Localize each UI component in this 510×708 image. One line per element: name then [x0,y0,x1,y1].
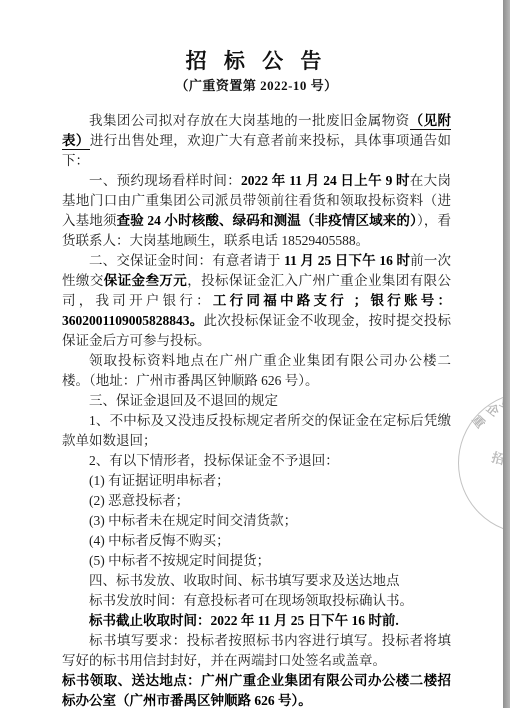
scan-edge-shadow [503,0,510,708]
text-run: 标书发放时间：有意投标者可在现场领取投标确认书。 [89,593,413,608]
bid-deadline-line: 标书截止收取时间：2022 年 11 月 25 日下午 16 时前. [89,613,399,628]
company-seal: 企 业 重 招 [458,392,503,534]
deposit-deadline: 11 月 25 日下午 16 时 [281,253,411,268]
paragraph-materials-address: 领取投标资料地点在广州广重企业集团有限公司办公楼二楼。（地址：广州市番禺区钟顺路… [62,351,451,391]
document-content: 招 标 公 告 （广重资置第 2022-10 号） 我集团公司拟对存放在大岗基地… [62,46,451,708]
list-item-4: (4) 中标者反悔不购买； [62,531,451,551]
text-run: 四、标书发放、收取时间、标书填写要求及送达地点 [89,573,400,588]
paragraph-section-3-heading: 三、保证金退回及不退回的规定 [62,391,451,411]
seal-inner-char: 招 [490,447,503,469]
page-title: 招 标 公 告 [62,46,451,76]
text-run: (1) 有证据证明串标者； [89,473,230,488]
paragraph-refund-rule-2: 2、有以下情形者，投标保证金不予退回： [62,451,451,471]
paragraph-section-1: 一、预约现场看样时间：2022 年 11 月 24 日上午 9 时在大岗基地门口… [62,171,451,251]
text-run: 进行出售处理，欢迎广大有意者前来投标，具体事项通告如下： [62,133,451,168]
paragraph-refund-rule-1: 1、不中标及又没违反投标规定者所交的保证金在定标后凭缴款单如数退回； [62,411,451,451]
page-number: 1 [0,677,503,689]
sample-view-datetime: 2022 年 11 月 24 日上午 9 时 [241,173,410,188]
text-run: 我集团公司拟对存放在大岗基地的一批废旧金属物资 [89,113,410,128]
text-run: 一、预约现场看样时间： [89,173,241,188]
seal-arc-char: 重 [469,412,490,432]
paragraph-section-2: 二、交保证金时间：有意者请于 11 月 25 日下午 16 时前一次性缴交保证金… [62,251,451,351]
paragraph-bid-deadline: 标书截止收取时间：2022 年 11 月 25 日下午 16 时前. [62,611,451,631]
paragraph-bid-fill-requirements: 标书填写要求：投标者按照标书内容进行填写。投标者将填写好的标书用信封封好，并在两… [62,631,451,671]
document-body: 我集团公司拟对存放在大岗基地的一批废旧金属物资（见附表）进行出售处理，欢迎广大有… [62,111,451,708]
deposit-amount: 保证金叁万元 [104,273,187,288]
list-item-2: (2) 恶意投标者； [62,491,451,511]
text-run: 二、交保证金时间：有意者请于 [89,253,281,268]
paragraph-intro: 我集团公司拟对存放在大岗基地的一批废旧金属物资（见附表）进行出售处理，欢迎广大有… [62,111,451,171]
paragraph-bid-issue-time: 标书发放时间：有意投标者可在现场领取投标确认书。 [62,591,451,611]
text-run: (2) 恶意投标者； [89,493,189,508]
document-number: （广重资置第 2022-10 号） [62,76,451,95]
text-run: 领取投标资料地点在广州广重企业集团有限公司办公楼二楼。（地址：广州市番禺区钟顺路… [62,353,451,388]
text-run: (3) 中标者未在规定时间交清货款； [89,513,297,528]
list-item-3: (3) 中标者未在规定时间交清货款； [62,511,451,531]
seal-arc-char: 企 [483,399,503,420]
text-run: 1、不中标及又没违反投标规定者所交的保证金在定标后凭缴款单如数退回； [62,413,451,448]
list-item-1: (1) 有证据证明串标者； [62,471,451,491]
text-run: 标书填写要求：投标者按照标书内容进行填写。投标者将填写好的标书用信封封好，并在两… [62,633,451,668]
scanned-document-page: 招 标 公 告 （广重资置第 2022-10 号） 我集团公司拟对存放在大岗基地… [0,0,503,708]
text-run: 三、保证金退回及不退回的规定 [89,393,278,408]
health-check-requirement: 查验 24 小时核酸、绿码和测温（非疫情区域来的） [117,213,417,228]
text-run: (5) 中标者不按规定时间提货； [89,553,270,568]
text-run: (4) 中标者反悔不购买； [89,533,230,548]
text-run: 2、有以下情形者，投标保证金不予退回： [89,453,339,468]
paragraph-section-4-heading: 四、标书发放、收取时间、标书填写要求及送达地点 [62,571,451,591]
list-item-5: (5) 中标者不按规定时间提货； [62,551,451,571]
